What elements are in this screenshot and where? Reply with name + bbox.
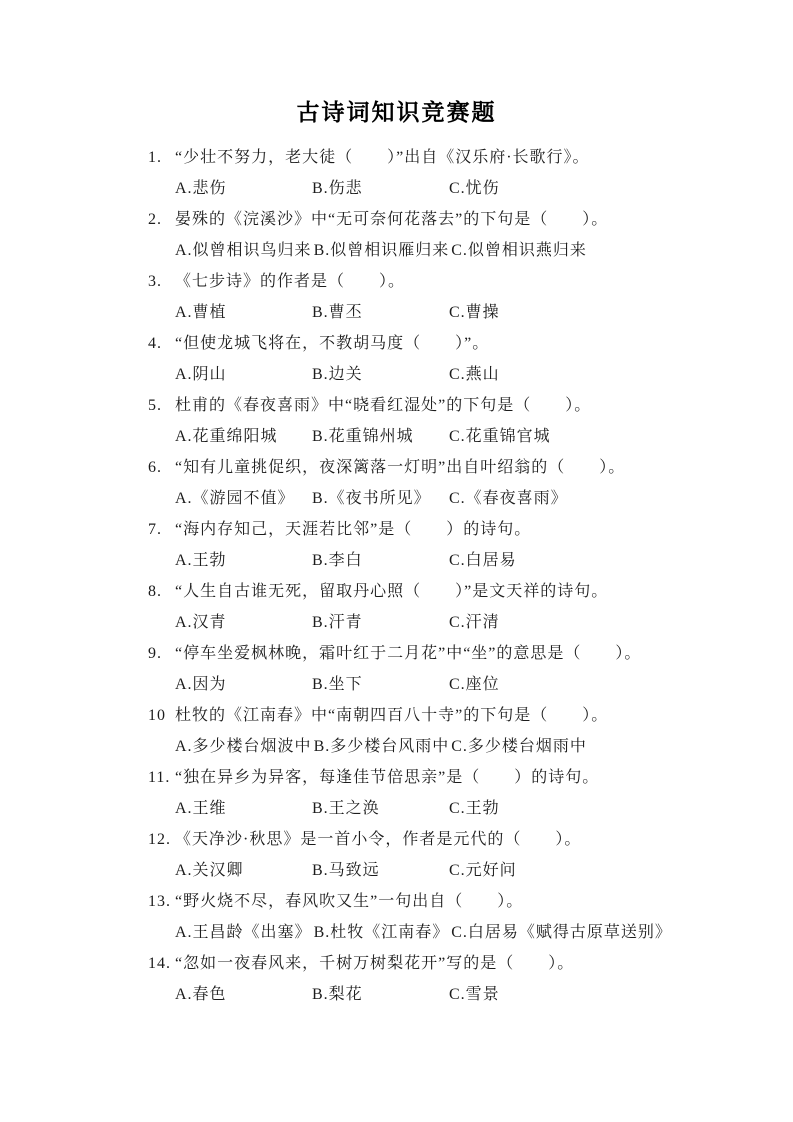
option-c: C.汗清 — [449, 607, 777, 638]
question-item: 12.《天净沙·秋思》是一首小令，作者是元代的（ ）。 A.关汉卿 B.马致远 … — [148, 824, 777, 886]
option-row: A.悲伤 B.伤悲 C.忧伤 — [148, 173, 777, 204]
question-line: 6.“知有儿童挑促织，夜深篱落一灯明”出自叶绍翁的（ ）。 — [148, 452, 777, 483]
question-text: “少壮不努力，老大徒（ ）”出自《汉乐府·长歌行》。 — [175, 149, 590, 166]
option-a: A.王昌龄《出塞》 — [175, 917, 314, 948]
question-line: 13.“野火烧不尽，春风吹又生”一句出自（ ）。 — [148, 886, 777, 917]
question-item: 4.“但使龙城飞将在，不教胡马度（ ）”。 A.阴山 B.边关 C.燕山 — [148, 328, 777, 390]
option-a: A.关汉卿 — [175, 855, 312, 886]
question-list: 1.“少壮不努力，老大徒（ ）”出自《汉乐府·长歌行》。 A.悲伤 B.伤悲 C… — [0, 142, 793, 1010]
option-row: A.汉青 B.汗青 C.汗清 — [148, 607, 777, 638]
question-item: 10杜牧的《江南春》中“南朝四百八十寺”的下句是（ ）。 A.多少楼台烟波中 B… — [148, 700, 777, 762]
question-number: 14. — [148, 948, 175, 979]
option-a: A.春色 — [175, 979, 312, 1010]
option-b: B.坐下 — [312, 669, 449, 700]
question-line: 4.“但使龙城飞将在，不教胡马度（ ）”。 — [148, 328, 777, 359]
question-item: 9.“停车坐爱枫林晚，霜叶红于二月花”中“坐”的意思是（ ）。 A.因为 B.坐… — [148, 638, 777, 700]
question-line: 11.“独在异乡为异客，每逢佳节倍思亲”是（ ）的诗句。 — [148, 762, 777, 793]
option-row: A.多少楼台烟波中 B.多少楼台风雨中 C.多少楼台烟雨中 — [148, 731, 777, 762]
option-a: A.《游园不值》 — [175, 483, 312, 514]
option-a: A.曹植 — [175, 297, 312, 328]
question-item: 7.“海内存知己，天涯若比邻”是（ ）的诗句。 A.王勃 B.李白 C.白居易 — [148, 514, 777, 576]
option-c: C.多少楼台烟雨中 — [451, 731, 777, 762]
option-a: A.悲伤 — [175, 173, 312, 204]
question-number: 4. — [148, 328, 175, 359]
question-item: 1.“少壮不努力，老大徒（ ）”出自《汉乐府·长歌行》。 A.悲伤 B.伤悲 C… — [148, 142, 777, 204]
option-b: B.马致远 — [312, 855, 449, 886]
question-item: 6.“知有儿童挑促织，夜深篱落一灯明”出自叶绍翁的（ ）。 A.《游园不值》 B… — [148, 452, 777, 514]
option-c: C.白居易 — [449, 545, 777, 576]
option-row: A.关汉卿 B.马致远 C.元好问 — [148, 855, 777, 886]
option-a: A.似曾相识鸟归来 — [175, 235, 314, 266]
question-number: 10 — [148, 700, 175, 731]
option-c: C.曹操 — [449, 297, 777, 328]
option-row: A.春色 B.梨花 C.雪景 — [148, 979, 777, 1010]
option-c: C.花重锦官城 — [449, 421, 777, 452]
question-line: 10杜牧的《江南春》中“南朝四百八十寺”的下句是（ ）。 — [148, 700, 777, 731]
option-row: A.王维 B.王之涣 C.王勃 — [148, 793, 777, 824]
question-text: “人生自古谁无死，留取丹心照（ ）”是文天祥的诗句。 — [175, 583, 608, 600]
option-a: A.汉青 — [175, 607, 312, 638]
option-row: A.似曾相识鸟归来 B.似曾相识雁归来 C.似曾相识燕归来 — [148, 235, 777, 266]
question-item: 5.杜甫的《春夜喜雨》中“晓看红湿处”的下句是（ ）。 A.花重绵阳城 B.花重… — [148, 390, 777, 452]
option-b: B.梨花 — [312, 979, 449, 1010]
question-number: 3. — [148, 266, 175, 297]
question-number: 8. — [148, 576, 175, 607]
option-c: C.座位 — [449, 669, 777, 700]
option-b: B.汗青 — [312, 607, 449, 638]
question-line: 7.“海内存知己，天涯若比邻”是（ ）的诗句。 — [148, 514, 777, 545]
question-text: 晏殊的《浣溪沙》中“无可奈何花落去”的下句是（ ）。 — [175, 211, 608, 228]
option-row: A.王昌龄《出塞》 B.杜牧《江南春》 C.白居易《赋得古原草送别》 — [148, 917, 777, 948]
question-line: 3.《七步诗》的作者是（ ）。 — [148, 266, 777, 297]
question-text: “海内存知己，天涯若比邻”是（ ）的诗句。 — [175, 521, 531, 538]
question-number: 1. — [148, 142, 175, 173]
option-c: C.元好问 — [449, 855, 777, 886]
option-row: A.阴山 B.边关 C.燕山 — [148, 359, 777, 390]
option-b: B.李白 — [312, 545, 449, 576]
option-b: B.伤悲 — [312, 173, 449, 204]
option-row: A.花重绵阳城 B.花重锦州城 C.花重锦官城 — [148, 421, 777, 452]
question-item: 3.《七步诗》的作者是（ ）。 A.曹植 B.曹丕 C.曹操 — [148, 266, 777, 328]
question-number: 9. — [148, 638, 175, 669]
option-a: A.多少楼台烟波中 — [175, 731, 314, 762]
question-line: 9.“停车坐爱枫林晚，霜叶红于二月花”中“坐”的意思是（ ）。 — [148, 638, 777, 669]
question-text: “独在异乡为异客，每逢佳节倍思亲”是（ ）的诗句。 — [175, 769, 599, 786]
question-text: “知有儿童挑促织，夜深篱落一灯明”出自叶绍翁的（ ）。 — [175, 459, 625, 476]
option-c: C.《春夜喜雨》 — [449, 483, 777, 514]
option-c: C.忧伤 — [449, 173, 777, 204]
option-a: A.因为 — [175, 669, 312, 700]
option-c: C.似曾相识燕归来 — [451, 235, 777, 266]
question-text: “野火烧不尽，春风吹又生”一句出自（ ）。 — [175, 893, 523, 910]
question-item: 2.晏殊的《浣溪沙》中“无可奈何花落去”的下句是（ ）。 A.似曾相识鸟归来 B… — [148, 204, 777, 266]
question-text: 《天净沙·秋思》是一首小令，作者是元代的（ ）。 — [175, 831, 581, 848]
question-text: “但使龙城飞将在，不教胡马度（ ）”。 — [175, 335, 489, 352]
option-row: A.曹植 B.曹丕 C.曹操 — [148, 297, 777, 328]
question-line: 8.“人生自古谁无死，留取丹心照（ ）”是文天祥的诗句。 — [148, 576, 777, 607]
option-row: A.《游园不值》 B.《夜书所见》 C.《春夜喜雨》 — [148, 483, 777, 514]
option-b: B.曹丕 — [312, 297, 449, 328]
question-number: 5. — [148, 390, 175, 421]
option-c: C.燕山 — [449, 359, 777, 390]
question-item: 8.“人生自古谁无死，留取丹心照（ ）”是文天祥的诗句。 A.汉青 B.汗青 C… — [148, 576, 777, 638]
question-number: 12. — [148, 824, 175, 855]
question-text: 《七步诗》的作者是（ ）。 — [175, 273, 405, 290]
option-b: B.杜牧《江南春》 — [314, 917, 452, 948]
question-number: 7. — [148, 514, 175, 545]
option-a: A.王维 — [175, 793, 312, 824]
question-text: “停车坐爱枫林晚，霜叶红于二月花”中“坐”的意思是（ ）。 — [175, 645, 641, 662]
option-b: B.边关 — [312, 359, 449, 390]
question-line: 14.“忽如一夜春风来，千树万树梨花开”写的是（ ）。 — [148, 948, 777, 979]
question-number: 13. — [148, 886, 175, 917]
question-text: 杜牧的《江南春》中“南朝四百八十寺”的下句是（ ）。 — [175, 707, 608, 724]
question-line: 5.杜甫的《春夜喜雨》中“晓看红湿处”的下句是（ ）。 — [148, 390, 777, 421]
option-b: B.似曾相识雁归来 — [314, 235, 452, 266]
question-line: 1.“少壮不努力，老大徒（ ）”出自《汉乐府·长歌行》。 — [148, 142, 777, 173]
option-a: A.王勃 — [175, 545, 312, 576]
option-a: A.花重绵阳城 — [175, 421, 312, 452]
option-row: A.王勃 B.李白 C.白居易 — [148, 545, 777, 576]
question-number: 2. — [148, 204, 175, 235]
question-item: 14.“忽如一夜春风来，千树万树梨花开”写的是（ ）。 A.春色 B.梨花 C.… — [148, 948, 777, 1010]
option-a: A.阴山 — [175, 359, 312, 390]
option-c: C.白居易《赋得古原草送别》 — [451, 917, 777, 948]
page-title: 古诗词知识竞赛题 — [0, 100, 793, 126]
document-page: 古诗词知识竞赛题 1.“少壮不努力，老大徒（ ）”出自《汉乐府·长歌行》。 A.… — [0, 0, 793, 1122]
question-line: 2.晏殊的《浣溪沙》中“无可奈何花落去”的下句是（ ）。 — [148, 204, 777, 235]
question-item: 11.“独在异乡为异客，每逢佳节倍思亲”是（ ）的诗句。 A.王维 B.王之涣 … — [148, 762, 777, 824]
question-line: 12.《天净沙·秋思》是一首小令，作者是元代的（ ）。 — [148, 824, 777, 855]
question-item: 13.“野火烧不尽，春风吹又生”一句出自（ ）。 A.王昌龄《出塞》 B.杜牧《… — [148, 886, 777, 948]
question-text: “忽如一夜春风来，千树万树梨花开”写的是（ ）。 — [175, 955, 574, 972]
option-b: B.花重锦州城 — [312, 421, 449, 452]
option-b: B.《夜书所见》 — [312, 483, 449, 514]
option-c: C.王勃 — [449, 793, 777, 824]
option-row: A.因为 B.坐下 C.座位 — [148, 669, 777, 700]
option-b: B.王之涣 — [312, 793, 449, 824]
option-b: B.多少楼台风雨中 — [314, 731, 452, 762]
question-number: 11. — [148, 762, 175, 793]
question-number: 6. — [148, 452, 175, 483]
option-c: C.雪景 — [449, 979, 777, 1010]
question-text: 杜甫的《春夜喜雨》中“晓看红湿处”的下句是（ ）。 — [175, 397, 591, 414]
